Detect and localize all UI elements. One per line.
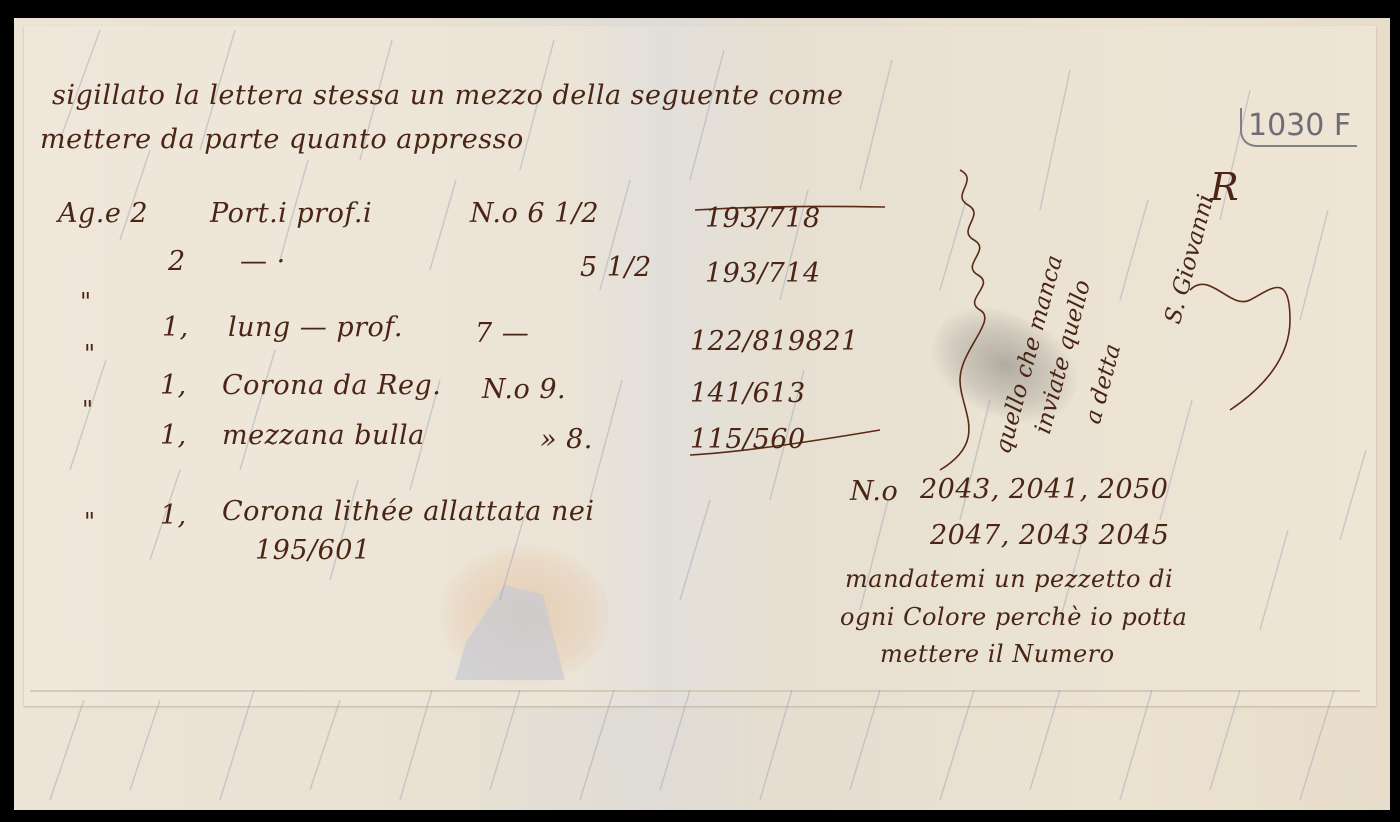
item-code: 115/560 [690,424,806,455]
fold-crease [30,690,1360,692]
item-desc: Port.i prof.i [210,198,372,229]
item-code: 122/819821 [690,326,859,357]
item-qty: 1, [162,312,189,343]
item-size: N.o 6 1/2 [470,198,599,229]
pencil-reference-number: 1030 F [1240,108,1357,143]
ditto-mark: " [84,340,96,368]
item-code: 193/714 [705,258,821,289]
item-qty: 1, [160,370,187,401]
closing-line-2: ogni Colore perchè io potta [840,603,1187,631]
item-qty: 1, [160,420,187,451]
item-qty: 2 [168,246,186,277]
item-code: 2043, 2041, 2050 [920,474,1168,505]
item-size: N.o 9. [482,374,566,405]
continuation-codes: 2047, 2043 2045 [930,520,1169,551]
margin-initial: R [1210,165,1239,209]
item-size: 7 — [475,318,529,349]
header-line-2: mettere da parte quanto appresso [40,124,524,155]
item-size: 5 1/2 [580,252,652,283]
item-size: N.o [850,476,898,507]
ditto-mark: " [80,288,92,316]
item-qty: Ag.e 2 [58,198,148,229]
item-code: 141/613 [690,378,806,409]
item-size: » 8. [540,424,593,455]
trailing-code: 195/601 [255,535,371,566]
closing-line-1: mandatemi un pezzetto di [845,565,1173,593]
ditto-mark: " [84,508,96,536]
item-desc: mezzana bulla [222,420,425,451]
item-code: 193/718 [705,203,821,234]
item-desc: lung — prof. [228,312,403,343]
item-qty: 1, [160,500,187,531]
item-desc: Corona da Reg. [222,370,441,401]
item-desc: — · [240,246,286,277]
pencil-reference-text: 1030 F [1240,108,1357,147]
ditto-mark: " [82,396,94,424]
item-desc: Corona lithée allattata nei [222,496,595,527]
header-line-1: sigillato la lettera stessa un mezzo del… [52,80,843,111]
closing-line-3: mettere il Numero [880,640,1115,668]
